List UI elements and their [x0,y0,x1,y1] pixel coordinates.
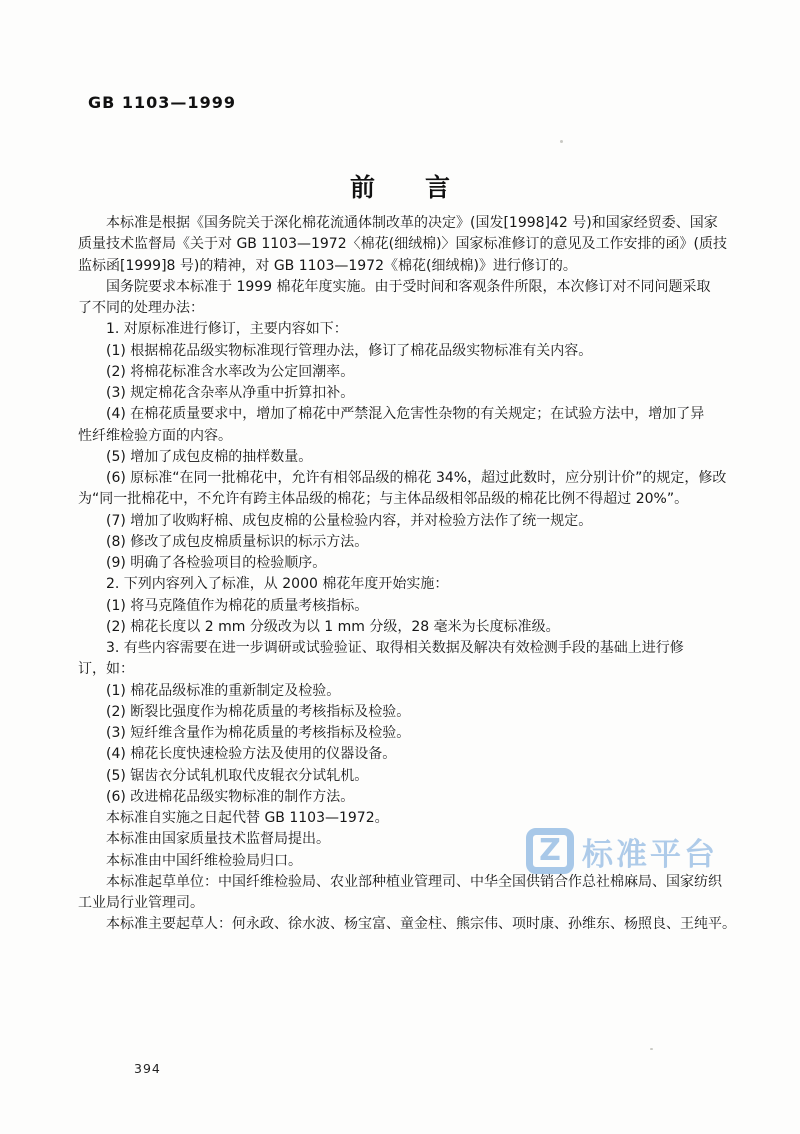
body-line: (2) 棉花长度以 2 mm 分级改为以 1 mm 分级，28 毫米为长度标准级… [78,617,738,638]
body-line: 2. 下列内容列入了标准，从 2000 棉花年度开始实施： [78,574,738,595]
scan-speck [650,1048,653,1050]
body-line: 工业局行业管理司。 [78,893,738,914]
body-line: 监标函[1999]8 号)的精神，对 GB 1103—1972《棉花(细绒棉)》… [78,256,738,277]
body-line: (7) 增加了收购籽棉、成包皮棉的公量检验内容，并对检验方法作了统一规定。 [78,511,738,532]
body-line: (2) 断裂比强度作为棉花质量的考核指标及检验。 [78,702,738,723]
body-line: 3. 有些内容需要在进一步调研或试验验证、取得相关数据及解决有效检测手段的基础上… [78,638,738,659]
body-line: 本标准由国家质量技术监督局提出。 [78,829,738,850]
body-line: (3) 规定棉花含杂率从净重中折算扣补。 [78,383,738,404]
page-title: 前 言 [0,168,800,204]
body-line: (5) 锯齿衣分试轧机取代皮辊衣分试轧机。 [78,766,738,787]
body-line: 本标准主要起草人：何永政、徐水波、杨宝富、童金柱、熊宗伟、项时康、孙维东、杨照良… [78,914,738,935]
body-line: (1) 将马克隆值作为棉花的质量考核指标。 [78,596,738,617]
body-line: 性纤维检验方面的内容。 [78,426,738,447]
body-line: (8) 修改了成包皮棉质量标识的标示方法。 [78,532,738,553]
body-line: (1) 棉花品级标准的重新制定及检验。 [78,681,738,702]
body-line: 1. 对原标准进行修订，主要内容如下： [78,319,738,340]
body-line: 本标准起草单位：中国纤维检验局、农业部种植业管理司、中华全国供销合作总社棉麻局、… [78,872,738,893]
body-line: (5) 增加了成包皮棉的抽样数量。 [78,447,738,468]
body-line: (4) 在棉花质量要求中，增加了棉花中严禁混入危害性杂物的有关规定；在试验方法中… [78,404,738,425]
body-line: 国务院要求本标准于 1999 棉花年度实施。由于受时间和客观条件所限，本次修订对… [78,277,738,298]
standard-number: GB 1103—1999 [88,93,236,112]
body-line: (2) 将棉花标准含水率改为公定回潮率。 [78,362,738,383]
foreword-body: 本标准是根据《国务院关于深化棉花流通体制改革的决定》(国发[1998]42 号)… [78,213,738,936]
page-number: 394 [134,1061,161,1076]
body-line: (9) 明确了各检验项目的检验顺序。 [78,553,738,574]
body-line: 订，如： [78,659,738,680]
scan-speck [560,140,563,143]
body-line: 本标准自实施之日起代替 GB 1103—1972。 [78,808,738,829]
document-page: GB 1103—1999 前 言 Z 标准平台 本标准是根据《国务院关于深化棉花… [0,0,800,1134]
body-line: 本标准由中国纤维检验局归口。 [78,851,738,872]
body-line: (3) 短纤维含量作为棉花质量的考核指标及检验。 [78,723,738,744]
body-line: 为“同一批棉花中，不允许有跨主体品级的棉花；与主体品级相邻品级的棉花比例不得超过… [78,489,738,510]
body-line: 质量技术监督局《关于对 GB 1103—1972〈棉花(细绒棉)〉国家标准修订的… [78,234,738,255]
body-line: (4) 棉花长度快速检验方法及使用的仪器设备。 [78,744,738,765]
body-line: (6) 改进棉花品级实物标准的制作方法。 [78,787,738,808]
body-line: (6) 原标准“在同一批棉花中，允许有相邻品级的棉花 34%，超过此数时，应分别… [78,468,738,489]
body-line: 本标准是根据《国务院关于深化棉花流通体制改革的决定》(国发[1998]42 号)… [78,213,738,234]
body-line: 了不同的处理办法： [78,298,738,319]
body-line: (1) 根据棉花品级实物标准现行管理办法，修订了棉花品级实物标准有关内容。 [78,341,738,362]
